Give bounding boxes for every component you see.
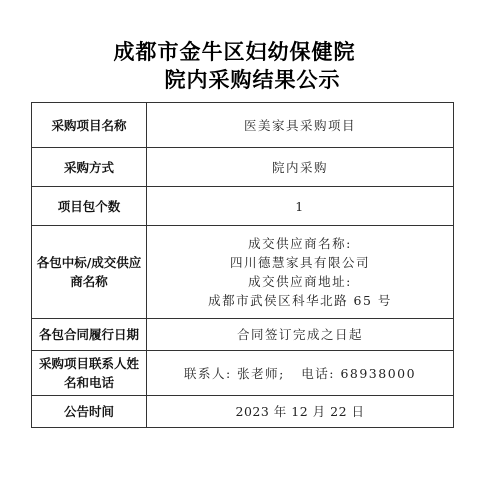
- supplier-address: 成都市武侯区科华北路 65 号: [147, 291, 453, 310]
- label-contact-line2: 名和电话: [32, 373, 146, 392]
- supplier-name: 四川德慧家具有限公司: [147, 253, 453, 272]
- label-project-name: 采购项目名称: [32, 103, 147, 148]
- table-row-procurement-method: 采购方式 院内采购: [32, 148, 454, 187]
- procurement-result-table: 采购项目名称 医美家具采购项目 采购方式 院内采购 项目包个数 1 各包中标/成…: [31, 102, 454, 428]
- document-title-line2: 院内采购结果公示: [10, 64, 485, 94]
- table-row-package-count: 项目包个数 1: [32, 187, 454, 226]
- label-supplier-line2: 商名称: [32, 272, 146, 291]
- label-contract-date: 各包合同履行日期: [32, 319, 147, 351]
- value-project-name: 医美家具采购项目: [147, 103, 454, 148]
- label-contact: 采购项目联系人姓 名和电话: [32, 351, 147, 396]
- label-supplier: 各包中标/成交供应 商名称: [32, 226, 147, 319]
- table-row-contract-date: 各包合同履行日期 合同签订完成之日起: [32, 319, 454, 351]
- supplier-address-label: 成交供应商地址:: [147, 272, 453, 291]
- table-row-announcement-time: 公告时间 2023 年 12 月 22 日: [32, 396, 454, 428]
- label-supplier-line1: 各包中标/成交供应: [32, 253, 146, 272]
- value-package-count: 1: [147, 187, 454, 226]
- label-procurement-method: 采购方式: [32, 148, 147, 187]
- label-contact-line1: 采购项目联系人姓: [32, 354, 146, 373]
- value-supplier: 成交供应商名称: 四川德慧家具有限公司 成交供应商地址: 成都市武侯区科华北路 …: [147, 226, 454, 319]
- table-row-supplier: 各包中标/成交供应 商名称 成交供应商名称: 四川德慧家具有限公司 成交供应商地…: [32, 226, 454, 319]
- table-row-project-name: 采购项目名称 医美家具采购项目: [32, 103, 454, 148]
- value-procurement-method: 院内采购: [147, 148, 454, 187]
- document-title-line1: 成都市金牛区妇幼保健院: [0, 36, 477, 66]
- value-announcement-time: 2023 年 12 月 22 日: [147, 396, 454, 428]
- supplier-name-label: 成交供应商名称:: [147, 234, 453, 253]
- value-contact: 联系人: 张老师; 电话: 68938000: [147, 351, 454, 396]
- value-contract-date: 合同签订完成之日起: [147, 319, 454, 351]
- label-package-count: 项目包个数: [32, 187, 147, 226]
- table-row-contact: 采购项目联系人姓 名和电话 联系人: 张老师; 电话: 68938000: [32, 351, 454, 396]
- label-announcement-time: 公告时间: [32, 396, 147, 428]
